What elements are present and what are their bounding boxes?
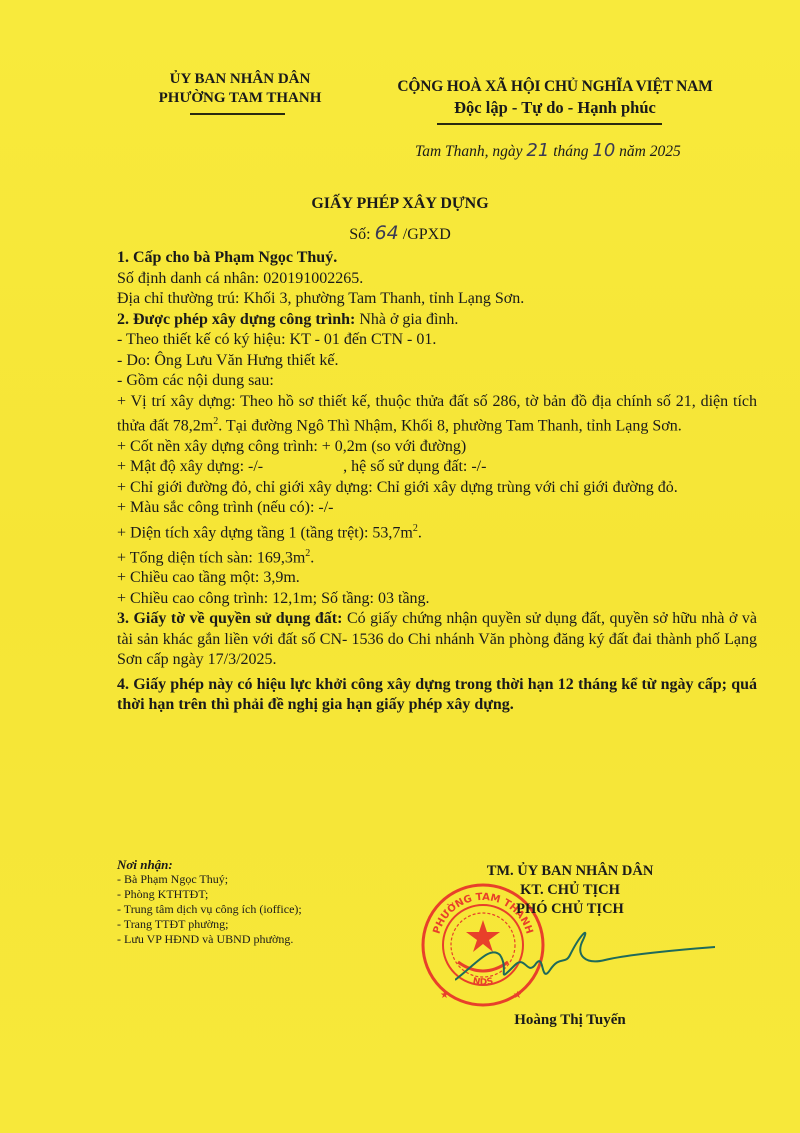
building-density: + Mật độ xây dựng: -/-, hệ số sử dụng đấ… (117, 457, 757, 478)
density-text: + Mật độ xây dựng: -/- (117, 458, 263, 475)
date-month-label: tháng (553, 143, 588, 160)
contents-intro: - Gồm các nội dung sau: (117, 371, 757, 392)
period: . (418, 524, 422, 541)
section-4: 4. Giấy phép này có hiệu lực khởi công x… (117, 675, 757, 716)
recipient-item: - Bà Phạm Ngọc Thuý; (117, 872, 417, 887)
recipient-item: - Lưu VP HĐND và UBND phường. (117, 932, 417, 947)
construction-location: + Vị trí xây dựng: Theo hồ sơ thiết kế, … (117, 392, 757, 437)
building-height: + Chiều cao công trình: 12,1m; Số tầng: … (117, 589, 757, 610)
date-year: năm 2025 (619, 143, 681, 160)
document-number: Số: 64 /GPXD (0, 222, 800, 244)
area-text: + Tổng diện tích sàn: 169,3m (117, 549, 305, 566)
handwritten-signature-icon (455, 925, 715, 995)
nation-name: CỘNG HOÀ XÃ HỘI CHỦ NGHĨA VIỆT NAM (365, 76, 745, 97)
issuing-authority: ỦY BAN NHÂN DÂN PHƯỜNG TAM THANH (110, 70, 370, 108)
number-suffix: /GPXD (403, 226, 451, 243)
section-1-heading: 1. Cấp cho bà Phạm Ngọc Thuý. (117, 248, 757, 269)
location-text-cont: . Tại đường Ngô Thì Nhậm, Khối 8, phường… (218, 417, 682, 434)
section-2-value: Nhà ở gia đình. (359, 311, 458, 328)
building-color: + Màu sắc công trình (nếu có): -/- (117, 498, 757, 519)
ground-floor-area: + Diện tích xây dựng tầng 1 (tầng trệt):… (117, 519, 757, 544)
designer: - Do: Ông Lưu Văn Hưng thiết kế. (117, 351, 757, 372)
divider (437, 123, 662, 125)
design-code: - Theo thiết kế có ký hiệu: KT - 01 đến … (117, 330, 757, 351)
signature-block: TM. ỦY BAN NHÂN DÂN KT. CHỦ TỊCH PHÓ CHỦ… (450, 862, 690, 919)
date-month: 10 (592, 140, 615, 161)
first-floor-height: + Chiều cao tầng một: 3,9m. (117, 568, 757, 589)
date-day: 21 (526, 140, 549, 161)
recipient-item: - Phòng KTHTĐT; (117, 887, 417, 902)
sign-line-1: TM. ỦY BAN NHÂN DÂN (450, 862, 690, 881)
recipients-heading: Nơi nhận: (117, 857, 417, 872)
svg-text:★: ★ (440, 990, 449, 1001)
area-text: + Diện tích xây dựng tầng 1 (tầng trệt):… (117, 524, 413, 541)
recipient-item: - Trang TTĐT phường; (117, 917, 417, 932)
document-body: 1. Cấp cho bà Phạm Ngọc Thuý. Số định da… (117, 248, 757, 716)
recipients: Nơi nhận: - Bà Phạm Ngọc Thuý; - Phòng K… (117, 857, 417, 947)
section-3-label: 3. Giấy tờ về quyền sử dụng đất: (117, 610, 342, 627)
motto: Độc lập - Tự do - Hạnh phúc (365, 97, 745, 118)
boundary-line: + Chỉ giới đường đỏ, chỉ giới xây dựng: … (117, 478, 757, 499)
section-3: 3. Giấy tờ về quyền sử dụng đất: Có giấy… (117, 609, 757, 671)
national-motto: CỘNG HOÀ XÃ HỘI CHỦ NGHĨA VIỆT NAM Độc l… (365, 76, 745, 118)
recipient-item: - Trung tâm dịch vụ công ích (ioffice); (117, 902, 417, 917)
number-prefix: Số: (349, 226, 370, 243)
authority-line-1: ỦY BAN NHÂN DÂN (110, 70, 370, 89)
authority-line-2: PHƯỜNG TAM THANH (110, 89, 370, 108)
personal-id: Số định danh cá nhân: 020191002265. (117, 269, 757, 290)
land-use-ratio-text: , hệ số sử dụng đất: -/- (343, 458, 486, 475)
foundation-level: + Cốt nền xây dựng công trình: + 0,2m (s… (117, 437, 757, 458)
sign-line-2: KT. CHỦ TỊCH (450, 881, 690, 900)
permanent-address: Địa chỉ thường trú: Khối 3, phường Tam T… (117, 289, 757, 310)
document-title: GIẤY PHÉP XÂY DỰNG (0, 195, 800, 213)
period: . (310, 549, 314, 566)
section-2: 2. Được phép xây dựng công trình: Nhà ở … (117, 310, 757, 331)
divider (190, 113, 285, 115)
section-2-label: 2. Được phép xây dựng công trình: (117, 311, 355, 328)
issue-date: Tam Thanh, ngày 21 tháng 10 năm 2025 (415, 140, 681, 161)
date-place: Tam Thanh, ngày (415, 143, 523, 160)
number-value: 64 (375, 222, 399, 244)
signer-name: Hoàng Thị Tuyến (470, 1012, 670, 1029)
total-floor-area: + Tổng diện tích sàn: 169,3m2. (117, 544, 757, 569)
sign-line-3: PHÓ CHỦ TỊCH (450, 900, 690, 919)
